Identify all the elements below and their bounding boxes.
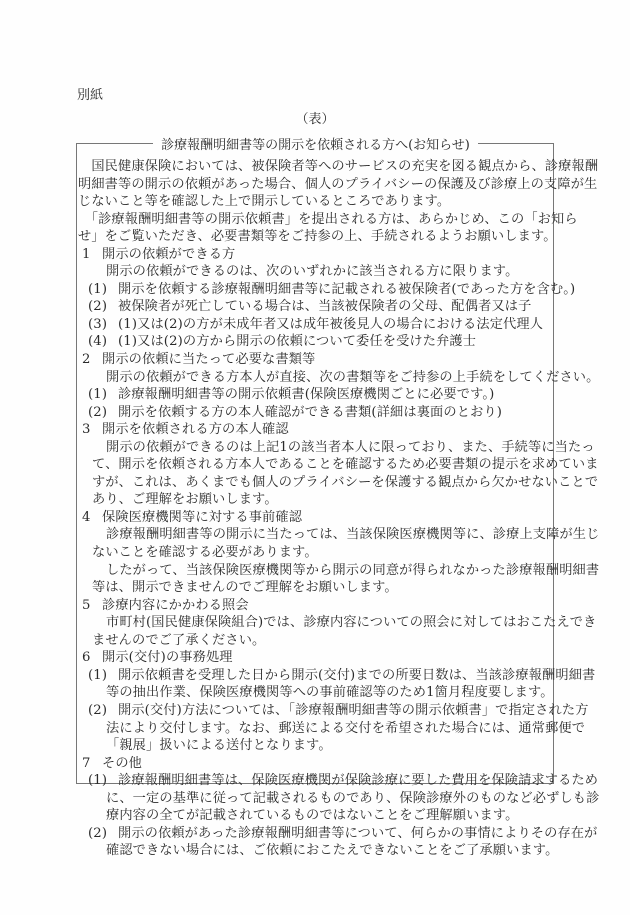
list-item: (2)開示(交付)方法については、「診療報酬明細書等の開示依頼書」で指定された方 xyxy=(78,702,554,720)
section-lead: ないことを確認する必要があります。 xyxy=(78,544,554,562)
section-heading: 2開示の依頼に当たって必要な書類等 xyxy=(78,351,554,369)
list-item-continuation: に、一定の基準に従って記載されるものであり、保険診療外のものなど必ずしも診 xyxy=(78,790,554,808)
list-item: (2)被保険者が死亡している場合は、当該被保険者の父母、配偶者又は子 xyxy=(78,298,554,316)
list-item-continuation: 療内容の全てが記載されているものではないことをご理解願います。 xyxy=(78,807,554,825)
section-4: 4保険医療機関等に対する事前確認 診療報酬明細書等の開示に当たっては、当該保険医… xyxy=(78,509,554,597)
list-item: (3)(1)又は(2)の方が未成年者又は成年被後見人の場合における法定代理人 xyxy=(78,316,554,334)
intro-line: 明細書等の開示の依頼があった場合、個人のプライバシーの保護及び診療上の支障が生 xyxy=(78,176,554,194)
section-lead: すが、これは、あくまでも個人のプライバシーを保護する観点から欠かせないことで xyxy=(78,474,554,492)
list-item-continuation: 等の抽出作業、保険医療機関等への事前確認等のため1箇月程度要します。 xyxy=(78,684,554,702)
notice-body: 国民健康保険においては、被保険者等へのサービスの充実を図る観点から、診療報酬 明… xyxy=(78,158,554,860)
section-3: 3開示を依頼される方の本人確認 開示の依頼ができるのは上記1の該当者本人に限って… xyxy=(78,421,554,509)
list-item-continuation: 法により交付します。なお、郵送による交付を希望された場合には、通常郵便で xyxy=(78,720,554,738)
section-lead: 等は、開示できませんのでご理解をお願いします。 xyxy=(78,579,554,597)
section-heading: 1開示の依頼ができる方 xyxy=(78,246,554,264)
intro-paragraph: 国民健康保険においては、被保険者等へのサービスの充実を図る観点から、診療報酬 明… xyxy=(78,158,554,246)
list-item: (2)開示の依頼があった診療報酬明細書等について、何らかの事情によりその存在が xyxy=(78,825,554,843)
list-item: (1)開示を依頼する診療報酬明細書等に記載される被保険者(であった方を含む。) xyxy=(78,281,554,299)
attachment-label: 別紙 xyxy=(77,84,103,103)
section-lead: ませんのでご了承ください。 xyxy=(78,632,554,650)
notice-title-wrap: 診療報酬明細書等の開示を依頼される方へ(お知らせ) xyxy=(76,134,555,155)
section-lead: て、開示を依頼される方本人であることを確認するため必要書類の提示を求めていま xyxy=(78,456,554,474)
section-lead: あり、ご理解をお願いします。 xyxy=(78,491,554,509)
section-lead: したがって、当該保険医療機関等から開示の同意が得られなかった診療報酬明細書 xyxy=(78,562,554,580)
section-lead: 市町村(国民健康保険組合)では、診療内容についての照会に対してはおこたえでき xyxy=(78,614,554,632)
intro-line: 国民健康保険においては、被保険者等へのサービスの充実を図る観点から、診療報酬 xyxy=(78,158,554,176)
section-lead: 診療報酬明細書等の開示に当たっては、当該保険医療機関等に、診療上支障が生じ xyxy=(78,526,554,544)
section-7: 7その他 (1)診療報酬明細書等は、保険医療機関が保険診療に要した費用を保険請求… xyxy=(78,755,554,860)
notice-title: 診療報酬明細書等の開示を依頼される方へ(お知らせ) xyxy=(153,137,478,155)
section-lead: 開示の依頼ができるのは上記1の該当者本人に限っており、また、手続等に当たっ xyxy=(78,439,554,457)
section-1: 1開示の依頼ができる方 開示の依頼ができるのは、次のいずれかに該当される方に限り… xyxy=(78,246,554,351)
section-heading: 3開示を依頼される方の本人確認 xyxy=(78,421,554,439)
list-item: (2)開示を依頼する方の本人確認ができる書類(詳細は裏面のとおり) xyxy=(78,404,554,422)
section-heading: 6開示(交付)の事務処理 xyxy=(78,649,554,667)
intro-line: せ」をご覧いただき、必要書類等をご持参の上、手続されるようお願いします。 xyxy=(78,228,554,246)
list-item-continuation: 確認できない場合には、ご依頼におこたえできないことをご了承願います。 xyxy=(78,842,554,860)
list-item: (4)(1)又は(2)の方から開示の依頼について委任を受けた弁護士 xyxy=(78,333,554,351)
list-item: (1)開示依頼書を受理した日から開示(交付)までの所要日数は、当該診療報酬明細書 xyxy=(78,667,554,685)
section-5: 5診療内容にかかわる照会 市町村(国民健康保険組合)では、診療内容についての照会… xyxy=(78,597,554,650)
intro-line: じないこと等を確認した上で開示しているところであります。 xyxy=(78,193,554,211)
list-item: (1)診療報酬明細書等の開示依頼書(保険医療機関ごとに必要です。) xyxy=(78,386,554,404)
side-label: （表） xyxy=(0,108,630,127)
intro-line: 「診療報酬明細書等の開示依頼書」を提出される方は、あらかじめ、この「お知ら xyxy=(78,211,554,229)
section-6: 6開示(交付)の事務処理 (1)開示依頼書を受理した日から開示(交付)までの所要… xyxy=(78,649,554,754)
section-2: 2開示の依頼に当たって必要な書類等 開示の依頼ができる方本人が直接、次の書類等を… xyxy=(78,351,554,421)
section-heading: 5診療内容にかかわる照会 xyxy=(78,597,554,615)
section-heading: 4保険医療機関等に対する事前確認 xyxy=(78,509,554,527)
list-item-continuation: 「親展」扱いによる送付となります。 xyxy=(78,737,554,755)
section-lead: 開示の依頼ができる方本人が直接、次の書類等をご持参の上手続をしてください。 xyxy=(78,369,554,387)
section-lead: 開示の依頼ができるのは、次のいずれかに該当される方に限ります。 xyxy=(78,263,554,281)
list-item: (1)診療報酬明細書等は、保険医療機関が保険診療に要した費用を保険請求するため xyxy=(78,772,554,790)
section-heading: 7その他 xyxy=(78,755,554,773)
